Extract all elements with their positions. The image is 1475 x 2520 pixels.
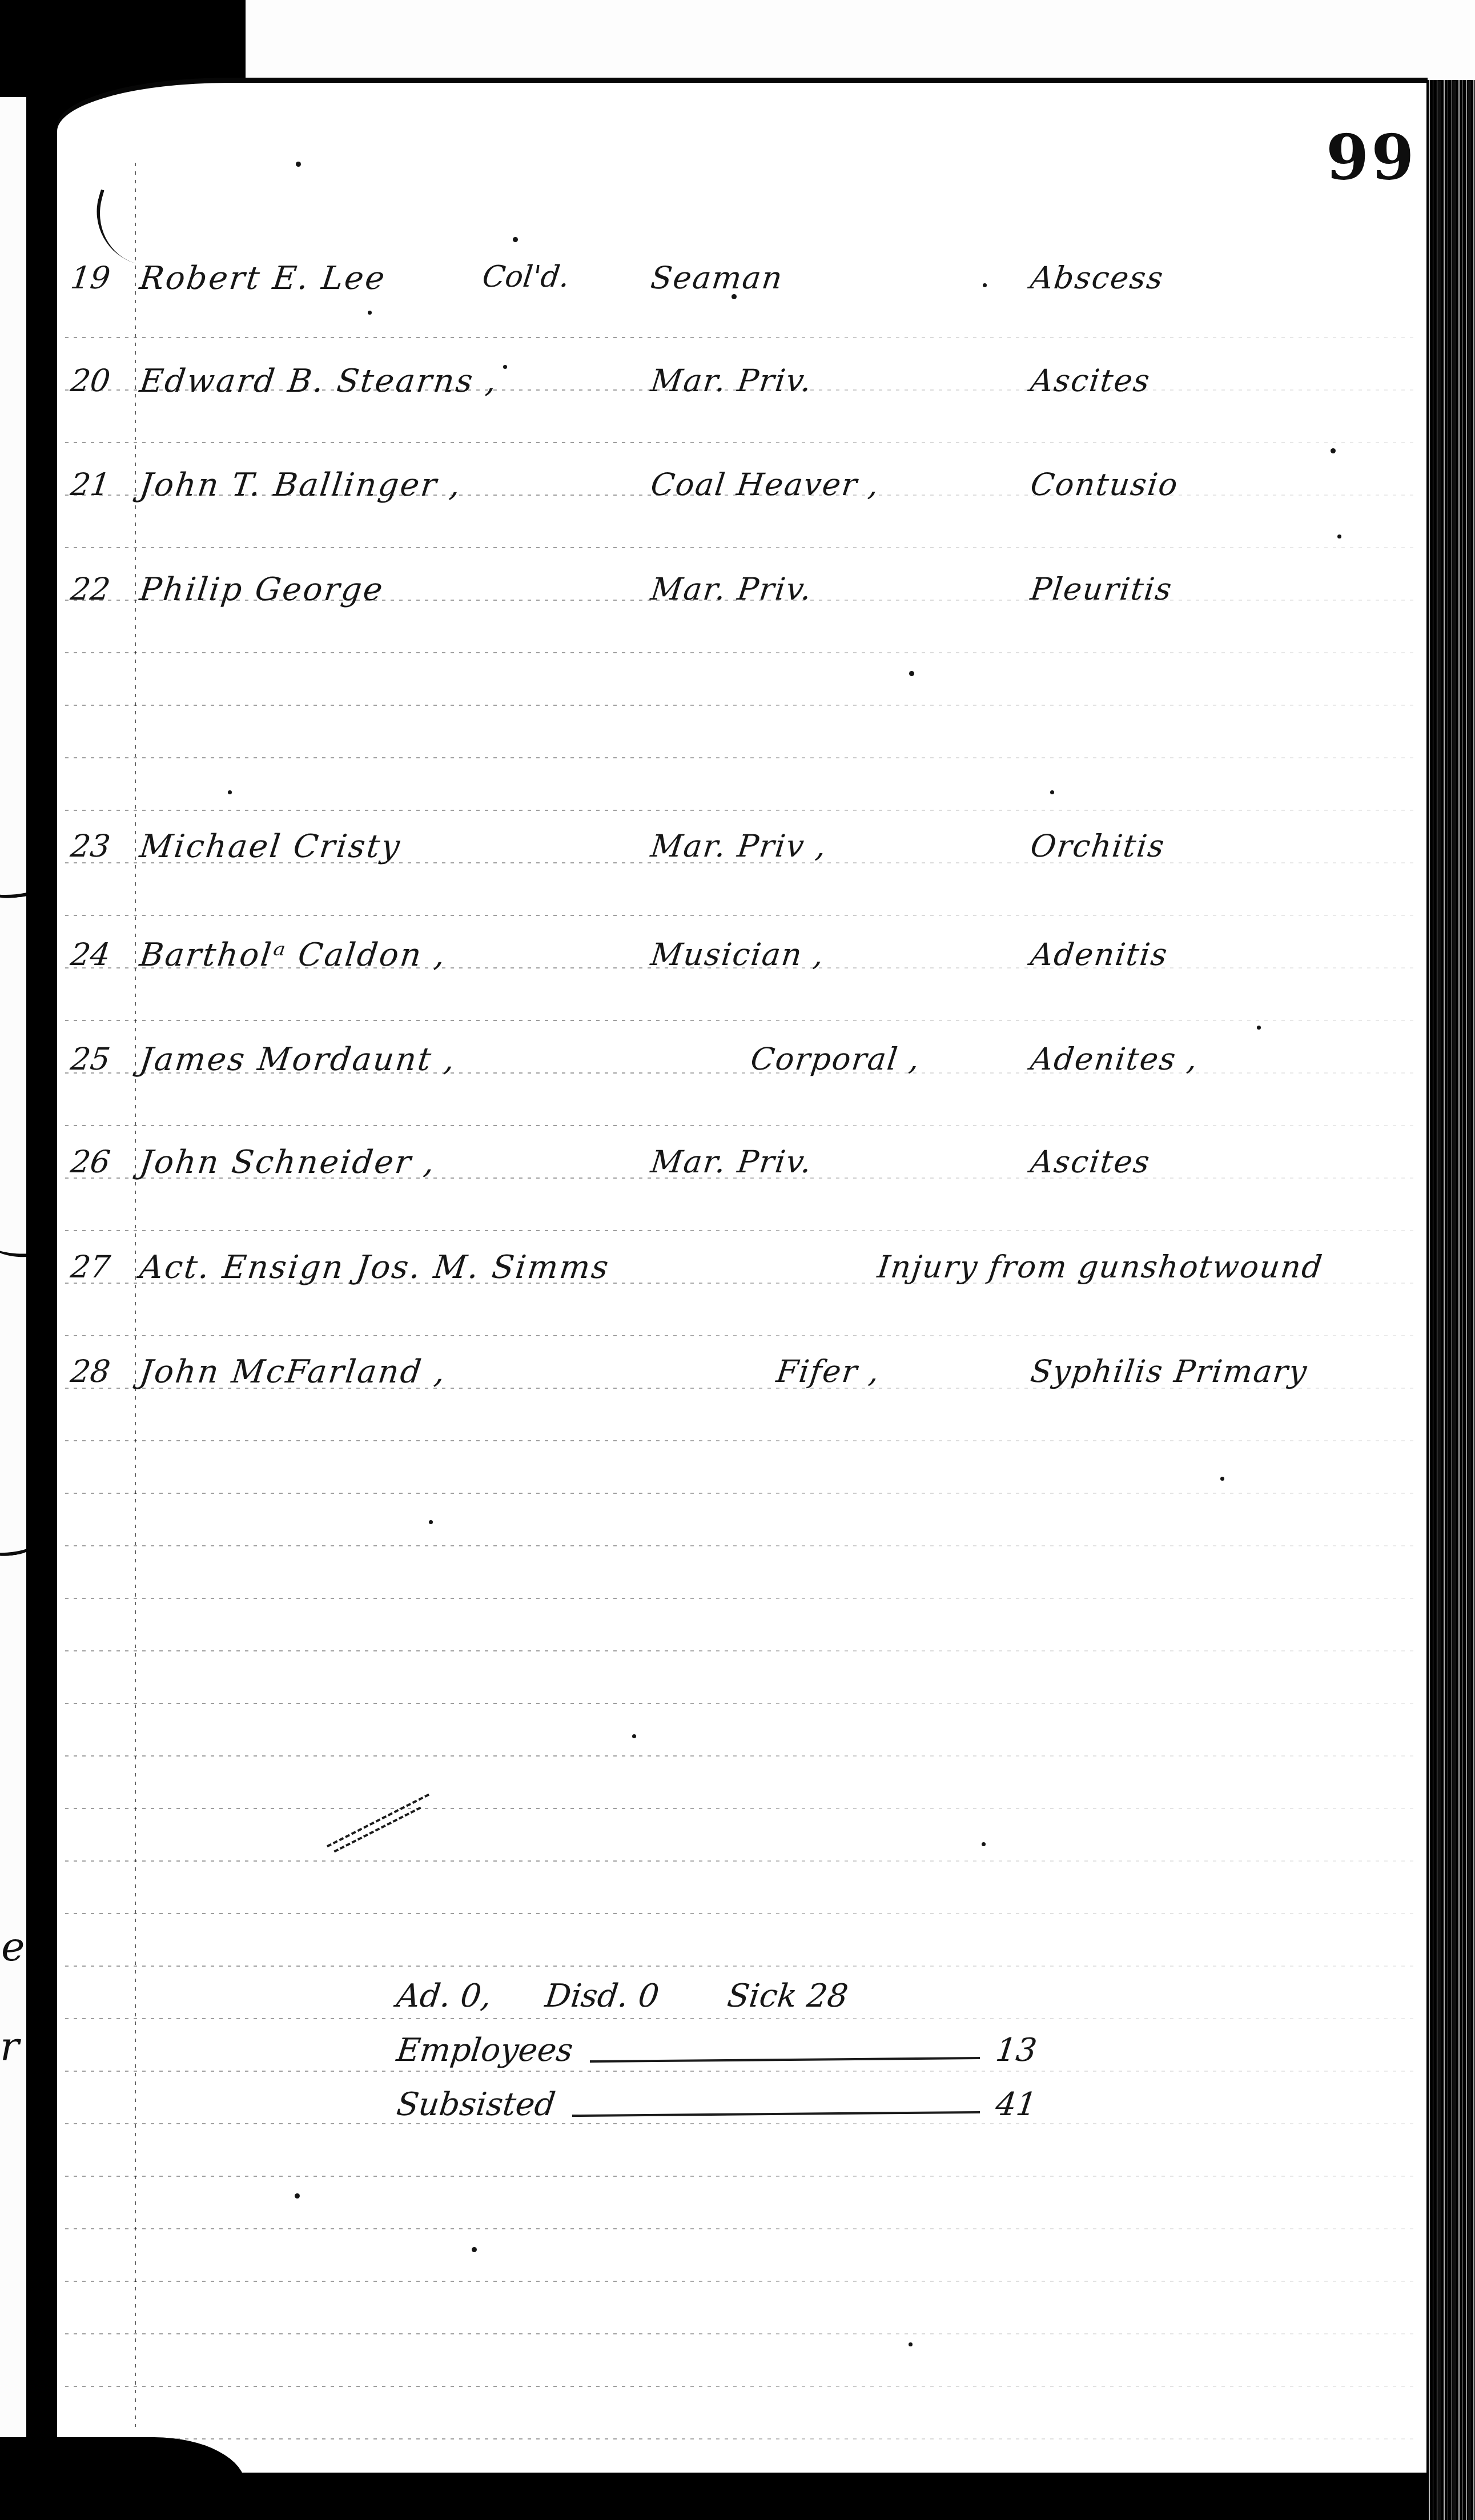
scanner-background-top	[246, 0, 1475, 85]
entry-diagnosis: Injury from gunshotwound	[875, 1249, 1325, 1285]
table-row: 22 Philip George Mar. Priv. Pleuritis	[57, 571, 1428, 645]
summary-subsisted-label: Subsisted	[395, 2086, 557, 2123]
summary-employees-value: 13	[994, 2032, 1039, 2069]
entry-name: John McFarland ,	[138, 1353, 449, 1390]
entry-name: John Schneider ,	[138, 1144, 438, 1181]
entry-name: Act. Ensign Jos. M. Simms	[138, 1249, 612, 1286]
table-row: 23 Michael Cristy Mar. Priv , Orchitis	[57, 828, 1428, 902]
entry-rank: Coal Heaver ,	[649, 467, 882, 503]
ledger-page: 99 19 Robert E. Lee Col'd. Seaman Absces…	[57, 83, 1428, 2473]
table-row: 24 Bartholᵃ Caldon , Musician , Adenitis	[57, 937, 1428, 1011]
entry-rank: Seaman	[649, 260, 785, 296]
table-row: 21 John T. Ballinger , Coal Heaver , Con…	[57, 467, 1428, 541]
summary-subsisted-line: Subsisted 41	[397, 2086, 1036, 2123]
entry-number: 27	[69, 1249, 130, 1285]
table-row: 25 James Mordaunt , Corporal , Adenites …	[57, 1041, 1428, 1115]
entry-number: 22	[69, 571, 130, 607]
facing-page-stroke	[0, 866, 26, 901]
pencil-scribble-mark	[321, 1793, 447, 1850]
scanned-ledger-page: e r 99 19 Robert E. Lee Col'd. Seaman Ab…	[0, 0, 1475, 2520]
ink-specks	[57, 83, 60, 86]
entry-diagnosis: Abscess	[1028, 260, 1166, 296]
summary-sick: Sick 28	[725, 1978, 850, 2015]
entry-diagnosis: Syphilis Primary	[1028, 1353, 1309, 1389]
entry-number: 26	[69, 1144, 130, 1180]
entry-rank: Mar. Priv.	[649, 363, 814, 399]
entry-note: Col'd.	[480, 260, 571, 294]
summary-subsisted-value: 41	[994, 2086, 1039, 2123]
entry-number: 20	[69, 363, 130, 399]
entry-diagnosis: Adenitis	[1028, 937, 1170, 972]
summary-employees-label: Employees	[395, 2032, 575, 2069]
entry-name: Michael Cristy	[138, 828, 403, 865]
summary-employees-line: Employees 13	[397, 2032, 1036, 2069]
summary-dash	[572, 2111, 980, 2117]
table-row: 27 Act. Ensign Jos. M. Simms Injury from…	[57, 1249, 1428, 1323]
entry-rank: Musician ,	[649, 937, 827, 972]
facing-page-letter: e	[1, 1923, 25, 1970]
entry-name: John T. Ballinger ,	[138, 467, 464, 504]
entry-rank: Mar. Priv.	[649, 1144, 814, 1180]
table-row: 19 Robert E. Lee Col'd. Seaman Abscess	[57, 260, 1428, 334]
facing-page-stroke	[0, 1222, 26, 1260]
entry-rank: Fifer ,	[774, 1353, 882, 1389]
summary-dash	[590, 2057, 980, 2063]
entry-diagnosis: Ascites	[1028, 363, 1152, 399]
entry-number: 25	[69, 1041, 130, 1077]
entry-number: 21	[69, 467, 130, 503]
entry-rank: Mar. Priv.	[649, 571, 814, 607]
table-row: 26 John Schneider , Mar. Priv. Ascites	[57, 1144, 1428, 1218]
facing-page-edge: e r	[0, 97, 26, 2438]
entry-diagnosis: Pleuritis	[1028, 571, 1175, 607]
entry-number: 28	[69, 1353, 130, 1389]
entry-number: 23	[69, 828, 130, 864]
facing-page-stroke	[0, 1525, 26, 1559]
summary-discharged: Disd. 0	[543, 1978, 661, 2015]
entry-name: Bartholᵃ Caldon ,	[138, 937, 449, 974]
entry-name: Philip George	[138, 571, 386, 608]
entry-diagnosis: Ascites	[1028, 1144, 1152, 1180]
summary-admitted: Ad. 0,	[395, 1978, 493, 2015]
table-row: 20 Edward B. Stearns , Mar. Priv. Ascite…	[57, 363, 1428, 437]
table-row: 28 John McFarland , Fifer , Syphilis Pri…	[57, 1353, 1428, 1428]
entry-rank: Corporal ,	[749, 1041, 922, 1077]
entry-rank: Mar. Priv ,	[649, 828, 829, 864]
entry-number: 19	[69, 260, 130, 296]
summary-totals-line: Ad. 0, Disd. 0 Sick 28	[397, 1978, 1036, 2015]
entry-diagnosis: Contusio	[1028, 467, 1180, 503]
entry-number: 24	[69, 937, 130, 972]
scanner-background-bottom-left	[0, 2437, 246, 2520]
facing-page-letter: r	[0, 2023, 19, 2069]
entry-diagnosis: Adenites ,	[1028, 1041, 1200, 1077]
book-edge-texture	[1426, 80, 1475, 2520]
entry-diagnosis: Orchitis	[1028, 828, 1167, 864]
entry-name: Robert E. Lee	[138, 260, 388, 297]
entry-name: James Mordaunt ,	[138, 1041, 459, 1078]
page-number: 99	[1326, 122, 1416, 194]
entry-name: Edward B. Stearns ,	[138, 363, 500, 400]
stray-ink-mark	[84, 190, 155, 264]
